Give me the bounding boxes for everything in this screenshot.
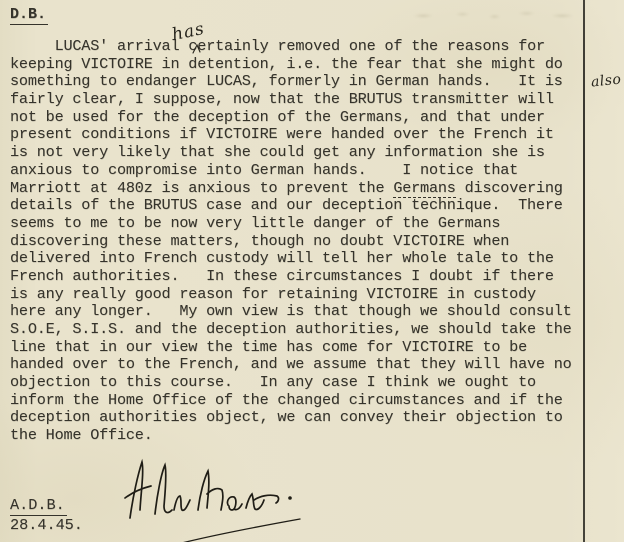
memo-line: seems to me to be now very little danger…: [10, 215, 590, 233]
memo-line: anxious to compromise into German hands.…: [10, 162, 590, 180]
memo-line: keeping VICTOIRE in detention, i.e. the …: [10, 56, 590, 74]
signoff-block: A.D.B. 28.4.45.: [10, 496, 83, 534]
memo-line: Marriott at 480z is anxious to prevent t…: [10, 180, 590, 198]
addressee-initials: D.B.: [10, 6, 48, 25]
handwritten-signature: [120, 452, 315, 542]
memo-line: the Home Office.: [10, 427, 590, 445]
memo-line: LUCAS' arrivalcertainly removed one of t…: [10, 38, 590, 56]
memo-line: handed over to the French, and we assume…: [10, 356, 590, 374]
underlined-word-germans: Germans: [393, 179, 455, 199]
memo-line: inform the Home Office of the changed ci…: [10, 392, 590, 410]
signoff-date: 28.4.45.: [10, 516, 83, 534]
memo-line: is any really good reason for retaining …: [10, 286, 590, 304]
author-initials: A.D.B.: [10, 496, 67, 516]
memo-line: deception authorities object, we can con…: [10, 409, 590, 427]
handwritten-margin-note: also: [590, 71, 622, 90]
memo-line: fairly clear, I suppose, now that the BR…: [10, 91, 590, 109]
memo-line: is not very likely that she could get an…: [10, 144, 590, 162]
memo-line: discovering these matters, though no dou…: [10, 233, 590, 251]
memo-line: something to endanger LUCAS, formerly in…: [10, 73, 590, 91]
memo-line: line that in our view the time has come …: [10, 339, 590, 357]
memo-line: objection to this course. In any case I …: [10, 374, 590, 392]
memo-body: LUCAS' arrivalcertainly removed one of t…: [10, 38, 590, 445]
memo-line: S.O.E, S.I.S. and the deception authorit…: [10, 321, 590, 339]
addressee-initials-text: D.B.: [10, 6, 48, 25]
memo-line: here any longer. My own view is that tho…: [10, 303, 590, 321]
memo-line: present conditions if VICTOIRE were hand…: [10, 126, 590, 144]
insertion-caret-icon: [192, 44, 202, 54]
ink-bleedthrough-marks: [402, 7, 580, 23]
memo-line: French authorities. In these circumstanc…: [10, 268, 590, 286]
memo-line: delivered into French custody will tell …: [10, 250, 590, 268]
memo-line: not be used for the deception of the Ger…: [10, 109, 590, 127]
memo-line: details of the BRUTUS case and our decep…: [10, 197, 590, 215]
document-page: D.B. LUCAS' arrivalcertainly removed one…: [0, 0, 624, 542]
